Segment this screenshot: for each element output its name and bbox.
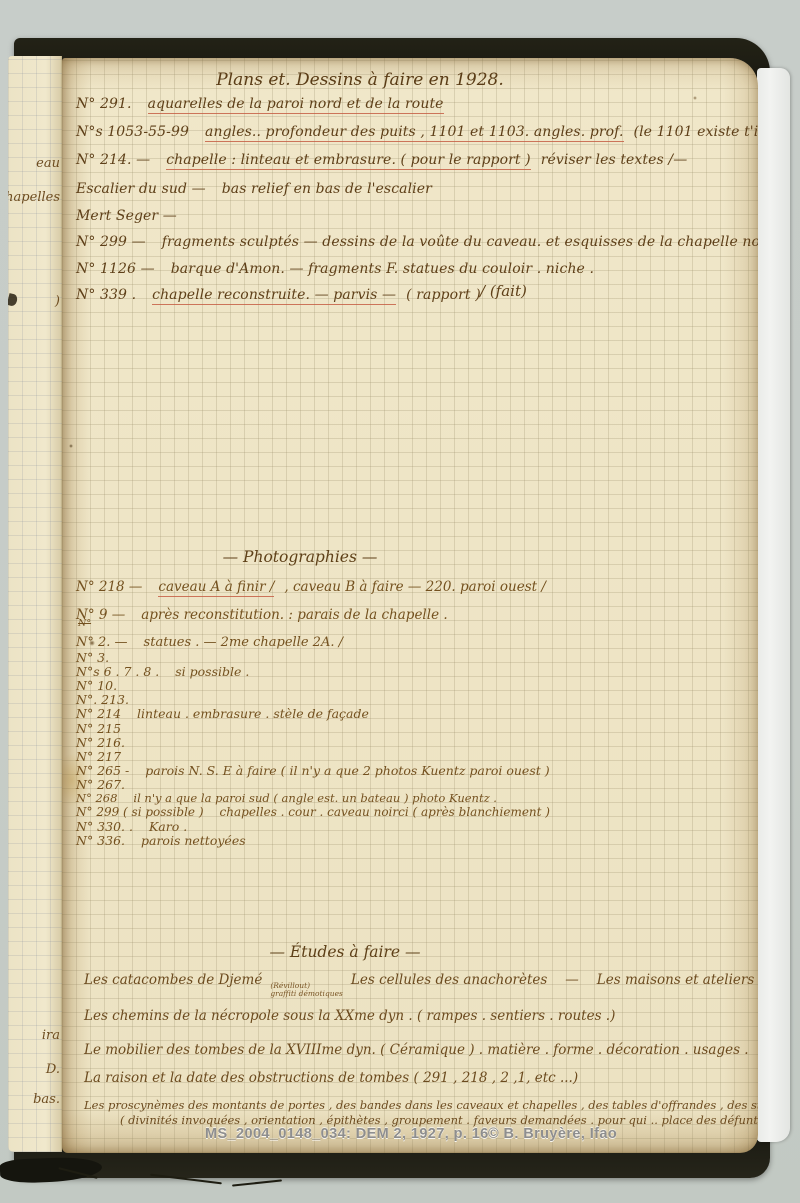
- item-number: N° 336.: [76, 833, 125, 848]
- margin-fragment: ira: [42, 1028, 60, 1043]
- interline-note: (Révillout)graffiti démotiques: [270, 982, 343, 998]
- item-number: N° 10.: [76, 678, 117, 693]
- item-number: N° 268: [76, 791, 117, 805]
- etudes-line-2: Les chemins de la nécropole sous la XXme…: [84, 1008, 615, 1024]
- item-number: N° 218 —: [76, 579, 142, 595]
- photo-line-2: N° 2. —statues . — 2me chapelle 2A. /: [76, 635, 343, 650]
- plans-line-214: N° 214. —chapelle : linteau et embrasure…: [76, 152, 687, 168]
- item-number: N° 215: [76, 721, 121, 736]
- inserted-white-sheet: [757, 68, 790, 1142]
- item-number: N° 2. —: [76, 635, 128, 650]
- item-number: N° 267.: [76, 777, 125, 792]
- photo-line-3: N° 3.: [76, 650, 125, 665]
- margin-fragment: D.: [46, 1062, 60, 1077]
- item-number: N° 299 —: [76, 234, 146, 250]
- photos-heading: — Photographies —: [160, 548, 440, 566]
- facing-page-edge: eau s chapelles ) ira D. bas.: [8, 56, 62, 1152]
- photo-line-265: N° 265 -parois N. S. E à faire ( il n'y …: [76, 763, 550, 778]
- item-number: N°s 1053-55-99: [76, 124, 189, 140]
- item-number: N°s 6 . 7 . 8 .: [76, 664, 159, 679]
- plans-line-299: N° 299 —fragments sculptés — dessins de …: [76, 234, 758, 250]
- plans-line-1053: N°s 1053-55-99angles.. profondeur des pu…: [76, 124, 758, 140]
- etudes-1-cellules: Les cellules des anachorètes: [351, 972, 547, 988]
- photo-line-217: N° 217: [76, 749, 137, 764]
- margin-fragment: s chapelles: [8, 190, 60, 205]
- page-title: Plans et. Dessins à faire en 1928.: [160, 70, 560, 90]
- cover-corner-bottom-left: [0, 1156, 102, 1184]
- item-number: N° 216.: [76, 735, 125, 750]
- etudes-line-1: Les catacombes de Djemé(Révillout)graffi…: [84, 972, 758, 994]
- photo-line-216: N° 216.: [76, 735, 141, 750]
- ink-smudge: [8, 293, 18, 307]
- etudes-heading: — Études à faire —: [205, 943, 485, 961]
- separator-dash: —: [565, 972, 579, 988]
- photo-line-336: N° 336.parois nettoyées: [76, 833, 246, 848]
- plans-line-291: N° 291.aquarelles de la paroi nord et de…: [76, 96, 454, 112]
- red-underlined-text: chapelle : linteau et embrasure. ( pour …: [166, 152, 531, 170]
- photo-line-218: N° 218 —caveau A à finir /, caveau B à f…: [76, 579, 546, 595]
- photo-line-299: N° 299 ( si possible )chapelles . cour .…: [76, 805, 550, 819]
- item-number: N° 339 .: [76, 287, 136, 303]
- main-page: Plans et. Dessins à faire en 1928. N° 29…: [62, 58, 758, 1153]
- red-underlined-text: chapelle reconstruite. — parvis —: [152, 287, 396, 305]
- item-number: N° 299 ( si possible ): [76, 805, 204, 819]
- photo-line-268: N° 268il n'y a que la paroi sud ( angle …: [76, 791, 497, 805]
- frayed-thread: [232, 1179, 282, 1186]
- margin-fragment: bas.: [33, 1092, 60, 1107]
- item-number: N° 3.: [76, 650, 109, 665]
- etudes-1-maisons: Les maisons et ateliers ramessides —: [597, 972, 758, 988]
- item-number: Escalier du sud —: [76, 181, 206, 197]
- struck-false-start: N°: [78, 618, 91, 629]
- photo-line-678: N°s 6 . 7 . 8 .si possible .: [76, 664, 249, 679]
- etudes-line-5a: Les proscynèmes des montants de portes ,…: [84, 1098, 758, 1112]
- archive-id-caption: MS_2004_0148_034: DEM 2, 1927, p. 16: [205, 1126, 489, 1142]
- item-number: N° 1126 —: [76, 261, 155, 277]
- photo-line-214: N° 214linteau . embrasure . stèle de faç…: [76, 706, 369, 721]
- photo-line-267: N° 267.: [76, 777, 141, 792]
- red-underlined-text: caveau A à finir /: [158, 579, 274, 597]
- item-number: N° 217: [76, 749, 121, 764]
- etudes-line-4: La raison et la date des obstructions de…: [84, 1070, 578, 1086]
- etudes-line-5b: ( divinités invoquées , orientation , ép…: [120, 1113, 758, 1127]
- margin-fragment: eau: [36, 156, 60, 171]
- photo-line-215: N° 215: [76, 721, 137, 736]
- plans-line-mertseger: Mert Seger —: [76, 208, 193, 224]
- photo-line-9: N° 9 —après reconstitution. : parais de …: [76, 607, 448, 623]
- etudes-line-3: Le mobilier des tombes de la XVIIIme dyn…: [84, 1042, 749, 1058]
- item-number: N° 214. —: [76, 152, 150, 168]
- copyright-caption: © B. Bruyère, Ifao: [488, 1126, 617, 1142]
- photo-line-213: N°. 213.: [76, 692, 145, 707]
- margin-fragment: ): [55, 294, 60, 309]
- red-underlined-text: angles.. profondeur des puits , 1101 et …: [205, 124, 624, 142]
- scanned-notebook-page: eau s chapelles ) ira D. bas. Plans et. …: [0, 0, 800, 1203]
- fait-annotation: / (fait): [480, 282, 527, 300]
- photo-line-10: N° 10.: [76, 678, 133, 693]
- item-number: N°. 213.: [76, 692, 129, 707]
- item-number: N° 330. .: [76, 819, 133, 834]
- photo-line-330: N° 330. .Karo .: [76, 819, 187, 834]
- item-number: N° 214: [76, 706, 121, 721]
- plans-line-339: N° 339 .chapelle reconstruite. — parvis …: [76, 287, 481, 303]
- plans-line-escalier: Escalier du sud —bas relief en bas de l'…: [76, 181, 432, 197]
- etudes-1-main: Les catacombes de Djemé: [84, 972, 262, 988]
- item-number: N° 291.: [76, 96, 132, 112]
- item-number: Mert Seger —: [76, 208, 177, 224]
- red-underlined-text: aquarelles de la paroi nord et de la rou…: [148, 96, 444, 114]
- item-number: N° 265 -: [76, 763, 129, 778]
- plans-line-1126: N° 1126 —barque d'Amon. — fragments F. s…: [76, 261, 594, 277]
